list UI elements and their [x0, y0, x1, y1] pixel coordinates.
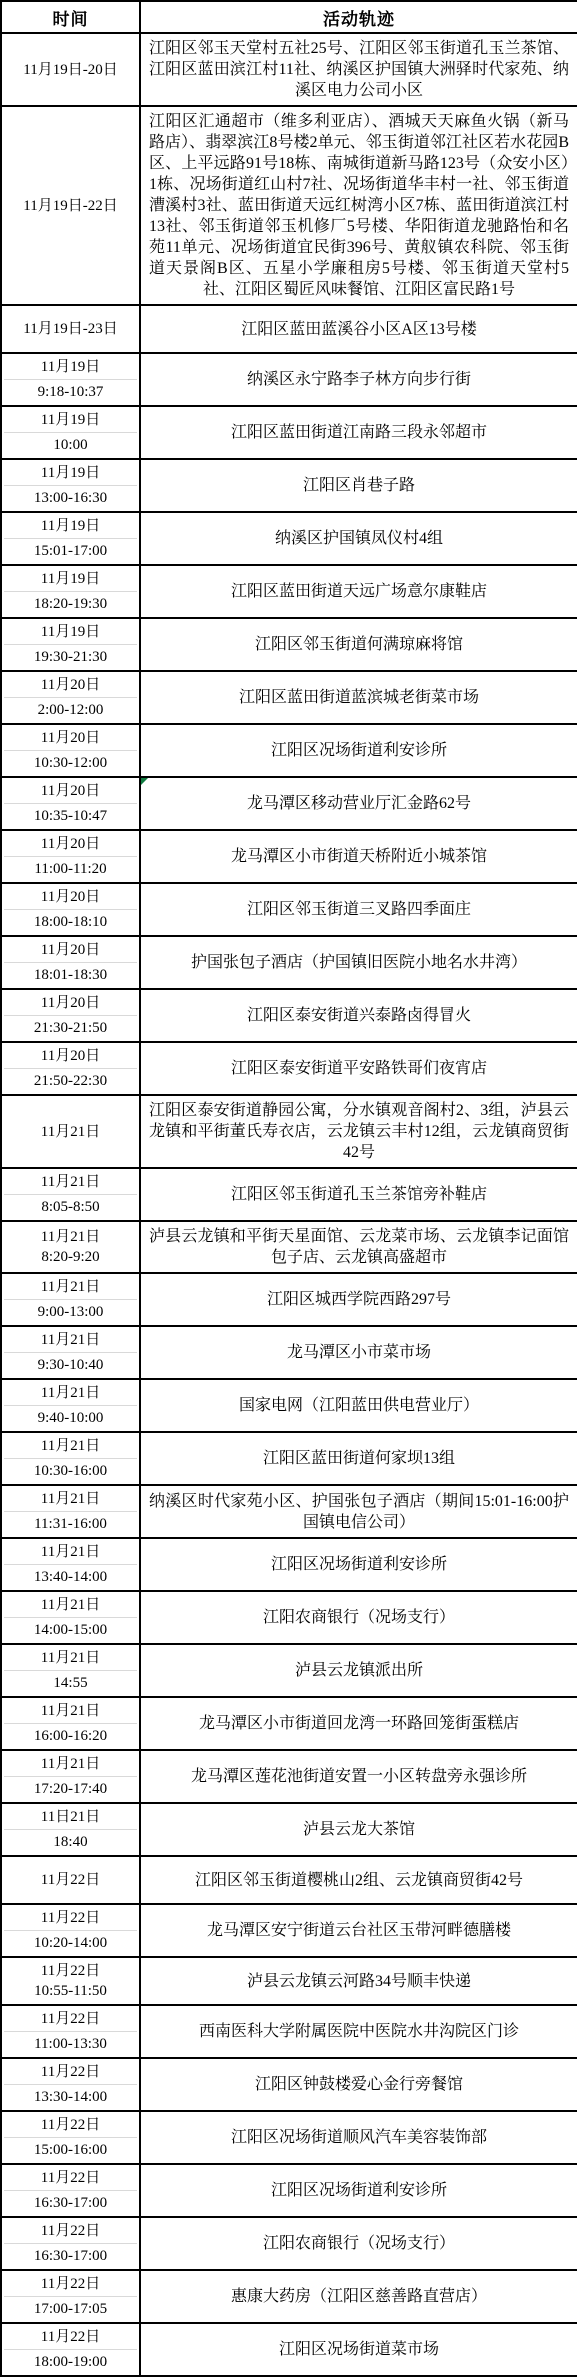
track-cell: 江阳区蓝田街道江南路三段永邻超市: [140, 406, 577, 459]
time-date-divider: [4, 1617, 137, 1618]
time-label: 18:40: [4, 1832, 137, 1852]
date-label: 11月21日: [4, 1489, 137, 1509]
date-label: 11月20日: [4, 728, 137, 748]
time-label: 16:00-16:20: [4, 1726, 137, 1746]
track-cell: 龙马潭区小市菜市场: [140, 1326, 577, 1379]
time-date-divider: [4, 2243, 137, 2244]
time-cell: 11月20日21:50-22:30: [1, 1042, 140, 1095]
time-cell: 11日21日18:40: [1, 1803, 140, 1856]
time-label: 8:20-9:20: [4, 1247, 137, 1267]
track-text: 纳溪区时代家苑小区、护国张包子酒店（期间15:01-16:00护国镇电信公司）: [149, 1491, 569, 1533]
date-label: 11月21日: [4, 1122, 137, 1142]
time-cell: 11月19日15:01-17:00: [1, 512, 140, 565]
date-label: 11月19日: [4, 410, 137, 430]
date-label: 11月21日: [4, 1542, 137, 1562]
time-date-divider: [4, 1015, 137, 1016]
date-label: 11月22日: [4, 2221, 137, 2241]
track-text: 龙马潭区安宁街道云台社区玉带河畔德膳楼: [149, 1920, 569, 1941]
table-row: 11月21日16:00-16:20龙马潭区小市街道回龙湾一环路回笼街蛋糕店: [1, 1697, 577, 1750]
track-text: 江阳区蓝田街道天远广场意尔康鞋店: [149, 581, 569, 602]
time-cell: 11月19日10:00: [1, 406, 140, 459]
table-row: 11日21日18:40泸县云龙大茶馆: [1, 1803, 577, 1856]
time-label: 2:00-12:00: [4, 700, 137, 720]
table-row: 11月22日10:20-14:00龙马潭区安宁街道云台社区玉带河畔德膳楼: [1, 1904, 577, 1957]
time-date-divider: [4, 1723, 137, 1724]
table-row: 11月19日18:20-19:30江阳区蓝田街道天远广场意尔康鞋店: [1, 565, 577, 618]
date-label: 11月22日: [4, 2327, 137, 2347]
time-date-divider: [4, 379, 137, 380]
time-cell: 11月20日10:35-10:47: [1, 777, 140, 830]
date-label: 11月22日: [4, 2009, 137, 2029]
time-cell: 11月21日9:00-13:00: [1, 1273, 140, 1326]
time-cell: 11月22日10:20-14:00: [1, 1904, 140, 1957]
track-cell: 泸县云龙大茶馆: [140, 1803, 577, 1856]
date-label: 11月21日: [4, 1227, 137, 1247]
time-label: 15:01-17:00: [4, 541, 137, 561]
track-cell: 江阳区况场街道利安诊所: [140, 2164, 577, 2217]
track-cell: 江阳区钟鼓楼爱心金行旁餐馆: [140, 2058, 577, 2111]
date-label: 11月22日: [4, 1961, 137, 1981]
time-date-divider: [4, 1352, 137, 1353]
time-label: 10:00: [4, 435, 137, 455]
time-cell: 11月19日19:30-21:30: [1, 618, 140, 671]
table-row: 11月20日10:30-12:00江阳区况场街道利安诊所: [1, 724, 577, 777]
date-label: 11月20日: [4, 675, 137, 695]
time-cell: 11月20日18:00-18:10: [1, 883, 140, 936]
track-cell: 江阳区城西学院西路297号: [140, 1273, 577, 1326]
time-label: 11:31-16:00: [4, 1514, 137, 1534]
date-label: 11月22日: [4, 1908, 137, 1928]
time-cell: 11月21日14:55: [1, 1644, 140, 1697]
date-label: 11月19日: [4, 463, 137, 483]
table-row: 11月21日14:00-15:00江阳农商银行（况场支行）: [1, 1591, 577, 1644]
track-cell: 国家电网（江阳蓝田供电营业厅）: [140, 1379, 577, 1432]
table-row: 11月21日8:20-9:20泸县云龙镇和平街天星面馆、云龙菜市场、云龙镇李记面…: [1, 1221, 577, 1273]
track-cell: 纳溪区护国镇凤仪村4组: [140, 512, 577, 565]
track-cell: 江阳区泰安街道平安路铁哥们夜宵店: [140, 1042, 577, 1095]
track-text: 江阳区况场街道菜市场: [149, 2339, 569, 2360]
time-cell: 11月22日10:55-11:50: [1, 1957, 140, 2005]
track-cell: 泸县云龙镇派出所: [140, 1644, 577, 1697]
track-text: 江阳区泰安街道平安路铁哥们夜宵店: [149, 1058, 569, 1079]
time-label: 18:01-18:30: [4, 965, 137, 985]
track-cell: 江阳区况场街道利安诊所: [140, 1538, 577, 1591]
date-label: 11月22日: [4, 2274, 137, 2294]
time-label: 8:05-8:50: [4, 1197, 137, 1217]
time-cell: 11月20日10:30-12:00: [1, 724, 140, 777]
track-cell: 江阳区况场街道顺风汽车美容装饰部: [140, 2111, 577, 2164]
time-date-divider: [4, 591, 137, 592]
track-cell: 江阳农商银行（况场支行）: [140, 2217, 577, 2270]
time-label: 14:00-15:00: [4, 1620, 137, 1640]
table-row: 11月20日21:30-21:50江阳区泰安街道兴泰路卤得冒火: [1, 989, 577, 1042]
date-label: 11月22日: [4, 2168, 137, 2188]
track-cell: 江阳农商银行（况场支行）: [140, 1591, 577, 1644]
header-row: 时间 活动轨迹: [1, 1, 577, 33]
table-body: 11月19日-20日江阳区邻玉天堂村五社25号、江阳区邻玉街道孔玉兰茶馆、江阳区…: [1, 33, 577, 2376]
time-date-divider: [4, 2349, 137, 2350]
time-cell: 11月21日16:00-16:20: [1, 1697, 140, 1750]
time-cell: 11月20日2:00-12:00: [1, 671, 140, 724]
track-cell: 江阳区汇通超市（维多利亚店）、酒城天天麻鱼火锅（新马路店）、翡翠滨江8号楼2单元…: [140, 106, 577, 305]
table-row: 11月19日-23日江阳区蓝田蓝溪谷小区A区13号楼: [1, 305, 577, 353]
table-row: 11月21日13:40-14:00江阳区况场街道利安诊所: [1, 1538, 577, 1591]
track-text: 江阳区汇通超市（维多利亚店）、酒城天天麻鱼火锅（新马路店）、翡翠滨江8号楼2单元…: [149, 111, 569, 300]
time-cell: 11月21日10:30-16:00: [1, 1432, 140, 1485]
track-text: 西南医科大学附属医院中医院水井沟院区门诊: [149, 2021, 569, 2042]
track-text: 国家电网（江阳蓝田供电营业厅）: [149, 1395, 569, 1416]
date-label: 11月20日: [4, 940, 137, 960]
time-cell: 11月22日15:00-16:00: [1, 2111, 140, 2164]
time-label: 13:00-16:30: [4, 488, 137, 508]
track-text: 纳溪区护国镇凤仪村4组: [149, 528, 569, 549]
time-label: 17:00-17:05: [4, 2299, 137, 2319]
time-date-divider: [4, 432, 137, 433]
date-label: 11月21日: [4, 1701, 137, 1721]
track-text: 龙马潭区小市街道天桥附近小城茶馆: [149, 846, 569, 867]
time-date-divider: [4, 962, 137, 963]
time-label: 16:30-17:00: [4, 2193, 137, 2213]
time-cell: 11月20日21:30-21:50: [1, 989, 140, 1042]
track-cell: 江阳区邻玉街道樱桃山2组、云龙镇商贸街42号: [140, 1856, 577, 1904]
table-row: 11月21日17:20-17:40龙马潭区莲花池街道安置一小区转盘旁永强诊所: [1, 1750, 577, 1803]
table-row: 11月19日-22日江阳区汇通超市（维多利亚店）、酒城天天麻鱼火锅（新马路店）、…: [1, 106, 577, 305]
track-text: 江阳区况场街道利安诊所: [149, 2180, 569, 2201]
time-date-divider: [4, 2031, 137, 2032]
table-row: 11月20日21:50-22:30江阳区泰安街道平安路铁哥们夜宵店: [1, 1042, 577, 1095]
date-label: 11月21日: [4, 1383, 137, 1403]
track-cell: 龙马潭区小市街道回龙湾一环路回笼街蛋糕店: [140, 1697, 577, 1750]
time-cell: 11月19日18:20-19:30: [1, 565, 140, 618]
date-label: 11月21日: [4, 1648, 137, 1668]
date-label: 11月22日: [4, 1870, 137, 1890]
time-date-divider: [4, 856, 137, 857]
time-cell: 11月20日18:01-18:30: [1, 936, 140, 989]
date-label: 11月19日: [4, 516, 137, 536]
time-date-divider: [4, 909, 137, 910]
time-cell: 11月19日13:00-16:30: [1, 459, 140, 512]
track-text: 龙马潭区小市街道回龙湾一环路回笼街蛋糕店: [149, 1713, 569, 1734]
date-label: 11月21日: [4, 1277, 137, 1297]
time-label: 10:55-11:50: [4, 1981, 137, 2001]
table-row: 11月21日8:05-8:50江阳区邻玉街道孔玉兰茶馆旁补鞋店: [1, 1168, 577, 1221]
time-cell: 11月22日18:00-19:00: [1, 2323, 140, 2376]
time-column-header: 时间: [1, 1, 140, 33]
track-text: 江阳区邻玉天堂村五社25号、江阳区邻玉街道孔玉兰茶馆、江阳区蓝田滨江村11社、纳…: [149, 38, 569, 101]
track-text: 江阳区城西学院西路297号: [149, 1289, 569, 1310]
time-cell: 11月22日17:00-17:05: [1, 2270, 140, 2323]
table-row: 11月21日9:30-10:40龙马潭区小市菜市场: [1, 1326, 577, 1379]
track-cell: 江阳区邻玉天堂村五社25号、江阳区邻玉街道孔玉兰茶馆、江阳区蓝田滨江村11社、纳…: [140, 33, 577, 106]
track-cell: 龙马潭区小市街道天桥附近小城茶馆: [140, 830, 577, 883]
table-row: 11月22日11:00-13:30西南医科大学附属医院中医院水井沟院区门诊: [1, 2005, 577, 2058]
cell-comment-marker-icon: [141, 778, 148, 785]
time-label: 18:20-19:30: [4, 594, 137, 614]
time-cell: 11月21日8:20-9:20: [1, 1221, 140, 1273]
track-cell: 西南医科大学附属医院中医院水井沟院区门诊: [140, 2005, 577, 2058]
track-cell: 江阳区泰安街道静园公寓，分水镇观音阁村2、3组，泸县云龙镇和平街董氏寿衣店，云龙…: [140, 1095, 577, 1168]
time-date-divider: [4, 1670, 137, 1671]
time-label: 18:00-18:10: [4, 912, 137, 932]
table-row: 11月19日10:00江阳区蓝田街道江南路三段永邻超市: [1, 406, 577, 459]
table-row: 11月20日11:00-11:20龙马潭区小市街道天桥附近小城茶馆: [1, 830, 577, 883]
table-row: 11月20日18:00-18:10江阳区邻玉街道三叉路四季面庄: [1, 883, 577, 936]
time-label: 21:30-21:50: [4, 1018, 137, 1038]
table-row: 11月22日江阳区邻玉街道樱桃山2组、云龙镇商贸街42号: [1, 1856, 577, 1904]
table-row: 11月22日16:30-17:00江阳农商银行（况场支行）: [1, 2217, 577, 2270]
track-column-header: 活动轨迹: [140, 1, 577, 33]
table-row: 11月21日11:31-16:00纳溪区时代家苑小区、护国张包子酒店（期间15:…: [1, 1485, 577, 1538]
date-label: 11月21日: [4, 1754, 137, 1774]
time-label: 10:35-10:47: [4, 806, 137, 826]
time-date-divider: [4, 2084, 137, 2085]
track-text: 江阳区况场街道利安诊所: [149, 740, 569, 761]
track-cell: 龙马潭区安宁街道云台社区玉带河畔德膳楼: [140, 1904, 577, 1957]
date-label: 11月19日: [4, 622, 137, 642]
time-date-divider: [4, 1068, 137, 1069]
time-label: 10:30-16:00: [4, 1461, 137, 1481]
date-label: 11月22日: [4, 2062, 137, 2082]
time-date-divider: [4, 2190, 137, 2191]
table-row: 11月21日9:40-10:00国家电网（江阳蓝田供电营业厅）: [1, 1379, 577, 1432]
track-text: 泸县云龙镇派出所: [149, 1660, 569, 1681]
time-date-divider: [4, 1930, 137, 1931]
table-row: 11月19日19:30-21:30江阳区邻玉街道何满琼麻将馆: [1, 618, 577, 671]
time-cell: 11月21日13:40-14:00: [1, 1538, 140, 1591]
date-label: 11月20日: [4, 781, 137, 801]
track-cell: 江阳区肖巷子路: [140, 459, 577, 512]
time-label: 9:18-10:37: [4, 382, 137, 402]
time-label: 19:30-21:30: [4, 647, 137, 667]
track-text: 江阳区钟鼓楼爱心金行旁餐馆: [149, 2074, 569, 2095]
track-text: 江阳区况场街道顺风汽车美容装饰部: [149, 2127, 569, 2148]
date-label: 11月21日: [4, 1172, 137, 1192]
table-row: 11月22日10:55-11:50泸县云龙镇云河路34号顺丰快递: [1, 1957, 577, 2005]
time-date-divider: [4, 1194, 137, 1195]
table-row: 11月20日2:00-12:00江阳区蓝田街道蓝滨城老街菜市场: [1, 671, 577, 724]
track-text: 江阳区泰安街道静园公寓，分水镇观音阁村2、3组，泸县云龙镇和平街董氏寿衣店，云龙…: [149, 1100, 569, 1163]
date-label: 11月21日: [4, 1330, 137, 1350]
track-cell: 护国张包子酒店（护国镇旧医院小地名水井湾）: [140, 936, 577, 989]
table-row: 11月21日9:00-13:00江阳区城西学院西路297号: [1, 1273, 577, 1326]
time-cell: 11月21日: [1, 1095, 140, 1168]
table-row: 11月21日14:55泸县云龙镇派出所: [1, 1644, 577, 1697]
time-cell: 11月21日14:00-15:00: [1, 1591, 140, 1644]
track-cell: 龙马潭区移动营业厅汇金路62号: [140, 777, 577, 830]
track-text: 江阳区蓝田街道江南路三段永邻超市: [149, 422, 569, 443]
track-text: 龙马潭区小市菜市场: [149, 1342, 569, 1363]
track-text: 护国张包子酒店（护国镇旧医院小地名水井湾）: [149, 952, 569, 973]
date-label: 11月19日-20日: [4, 60, 137, 80]
track-text: 纳溪区永宁路李子林方向步行街: [149, 369, 569, 390]
track-cell: 龙马潭区莲花池街道安置一小区转盘旁永强诊所: [140, 1750, 577, 1803]
track-text: 江阳区邻玉街道三叉路四季面庄: [149, 899, 569, 920]
time-cell: 11月19日-22日: [1, 106, 140, 305]
time-label: 9:40-10:00: [4, 1408, 137, 1428]
time-date-divider: [4, 1776, 137, 1777]
date-label: 11月19日: [4, 357, 137, 377]
table-row: 11月20日10:35-10:47龙马潭区移动营业厅汇金路62号: [1, 777, 577, 830]
table-row: 11月22日13:30-14:00江阳区钟鼓楼爱心金行旁餐馆: [1, 2058, 577, 2111]
time-label: 13:30-14:00: [4, 2087, 137, 2107]
time-cell: 11月19日-20日: [1, 33, 140, 106]
time-label: 18:00-19:00: [4, 2352, 137, 2372]
track-cell: 纳溪区时代家苑小区、护国张包子酒店（期间15:01-16:00护国镇电信公司）: [140, 1485, 577, 1538]
time-date-divider: [4, 697, 137, 698]
time-cell: 11月22日13:30-14:00: [1, 2058, 140, 2111]
time-label: 17:20-17:40: [4, 1779, 137, 1799]
table-row: 11月21日10:30-16:00江阳区蓝田街道何家坝13组: [1, 1432, 577, 1485]
track-cell: 江阳区蓝田街道何家坝13组: [140, 1432, 577, 1485]
time-cell: 11月22日11:00-13:30: [1, 2005, 140, 2058]
track-cell: 江阳区邻玉街道孔玉兰茶馆旁补鞋店: [140, 1168, 577, 1221]
date-label: 11月20日: [4, 993, 137, 1013]
time-label: 10:30-12:00: [4, 753, 137, 773]
time-date-divider: [4, 1458, 137, 1459]
date-label: 11月20日: [4, 887, 137, 907]
track-text: 龙马潭区移动营业厅汇金路62号: [149, 793, 569, 814]
track-cell: 江阳区泰安街道兴泰路卤得冒火: [140, 989, 577, 1042]
track-text: 江阳农商银行（况场支行）: [149, 1607, 569, 1628]
table-row: 11月19日15:01-17:00纳溪区护国镇凤仪村4组: [1, 512, 577, 565]
track-text: 江阳区肖巷子路: [149, 475, 569, 496]
table-row: 11月22日18:00-19:00江阳区况场街道菜市场: [1, 2323, 577, 2376]
time-date-divider: [4, 803, 137, 804]
track-text: 泸县云龙大茶馆: [149, 1819, 569, 1840]
time-label: 13:40-14:00: [4, 1567, 137, 1587]
date-label: 11日21日: [4, 1807, 137, 1827]
time-cell: 11月21日9:40-10:00: [1, 1379, 140, 1432]
table-row: 11月22日15:00-16:00江阳区况场街道顺风汽车美容装饰部: [1, 2111, 577, 2164]
track-text: 江阳区邻玉街道孔玉兰茶馆旁补鞋店: [149, 1184, 569, 1205]
time-date-divider: [4, 2296, 137, 2297]
time-date-divider: [4, 1511, 137, 1512]
date-label: 11月20日: [4, 1046, 137, 1066]
track-cell: 江阳区蓝田街道天远广场意尔康鞋店: [140, 565, 577, 618]
date-label: 11月20日: [4, 834, 137, 854]
time-label: 16:30-17:00: [4, 2246, 137, 2266]
track-cell: 江阳区况场街道利安诊所: [140, 724, 577, 777]
track-text: 江阳区邻玉街道何满琼麻将馆: [149, 634, 569, 655]
track-text: 江阳区蓝田街道蓝滨城老街菜市场: [149, 687, 569, 708]
table-row: 11月20日18:01-18:30护国张包子酒店（护国镇旧医院小地名水井湾）: [1, 936, 577, 989]
time-label: 11:00-13:30: [4, 2034, 137, 2054]
time-date-divider: [4, 750, 137, 751]
date-label: 11月22日: [4, 2115, 137, 2135]
table-row: 11月19日-20日江阳区邻玉天堂村五社25号、江阳区邻玉街道孔玉兰茶馆、江阳区…: [1, 33, 577, 106]
time-cell: 11月22日: [1, 1856, 140, 1904]
time-date-divider: [4, 644, 137, 645]
track-text: 江阳区邻玉街道樱桃山2组、云龙镇商贸街42号: [149, 1870, 569, 1891]
date-label: 11月21日: [4, 1595, 137, 1615]
track-text: 惠康大药房（江阳区慈善路直营店）: [149, 2286, 569, 2307]
time-label: 9:30-10:40: [4, 1355, 137, 1375]
table-row: 11月19日13:00-16:30江阳区肖巷子路: [1, 459, 577, 512]
time-cell: 11月22日16:30-17:00: [1, 2164, 140, 2217]
time-date-divider: [4, 2137, 137, 2138]
time-cell: 11月21日9:30-10:40: [1, 1326, 140, 1379]
date-label: 11月19日-22日: [4, 196, 137, 216]
track-cell: 江阳区况场街道菜市场: [140, 2323, 577, 2376]
time-date-divider: [4, 1299, 137, 1300]
track-cell: 纳溪区永宁路李子林方向步行街: [140, 353, 577, 406]
track-text: 泸县云龙镇和平街天星面馆、云龙菜市场、云龙镇李记面馆包子店、云龙镇高盛超市: [149, 1226, 569, 1268]
table-row: 11月21日江阳区泰安街道静园公寓，分水镇观音阁村2、3组，泸县云龙镇和平街董氏…: [1, 1095, 577, 1168]
track-cell: 惠康大药房（江阳区慈善路直营店）: [140, 2270, 577, 2323]
time-label: 21:50-22:30: [4, 1071, 137, 1091]
time-date-divider: [4, 1564, 137, 1565]
track-cell: 泸县云龙镇云河路34号顺丰快递: [140, 1957, 577, 2005]
track-text: 江阳区泰安街道兴泰路卤得冒火: [149, 1005, 569, 1026]
track-text: 江阳区况场街道利安诊所: [149, 1554, 569, 1575]
time-label: 15:00-16:00: [4, 2140, 137, 2160]
time-label: 14:55: [4, 1673, 137, 1693]
track-text: 江阳农商银行（况场支行）: [149, 2233, 569, 2254]
track-text: 江阳区蓝田蓝溪谷小区A区13号楼: [149, 319, 569, 340]
track-cell: 江阳区蓝田街道蓝滨城老街菜市场: [140, 671, 577, 724]
track-text: 泸县云龙镇云河路34号顺丰快递: [149, 1971, 569, 1992]
date-label: 11月19日: [4, 569, 137, 589]
time-cell: 11月20日11:00-11:20: [1, 830, 140, 883]
time-cell: 11月19日9:18-10:37: [1, 353, 140, 406]
time-cell: 11月21日17:20-17:40: [1, 1750, 140, 1803]
time-cell: 11月22日16:30-17:00: [1, 2217, 140, 2270]
time-label: 11:00-11:20: [4, 859, 137, 879]
track-cell: 江阳区蓝田蓝溪谷小区A区13号楼: [140, 305, 577, 353]
track-cell: 江阳区邻玉街道三叉路四季面庄: [140, 883, 577, 936]
time-cell: 11月21日11:31-16:00: [1, 1485, 140, 1538]
track-text: 龙马潭区莲花池街道安置一小区转盘旁永强诊所: [149, 1766, 569, 1787]
table-row: 11月22日17:00-17:05惠康大药房（江阳区慈善路直营店）: [1, 2270, 577, 2323]
table-row: 11月22日16:30-17:00江阳区况场街道利安诊所: [1, 2164, 577, 2217]
track-text: 江阳区蓝田街道何家坝13组: [149, 1448, 569, 1469]
track-cell: 泸县云龙镇和平街天星面馆、云龙菜市场、云龙镇李记面馆包子店、云龙镇高盛超市: [140, 1221, 577, 1273]
time-label: 10:20-14:00: [4, 1933, 137, 1953]
time-date-divider: [4, 1829, 137, 1830]
time-label: 9:00-13:00: [4, 1302, 137, 1322]
date-label: 11月21日: [4, 1436, 137, 1456]
date-label: 11月19日-23日: [4, 319, 137, 339]
table-row: 11月19日9:18-10:37纳溪区永宁路李子林方向步行街: [1, 353, 577, 406]
time-date-divider: [4, 1405, 137, 1406]
time-cell: 11月19日-23日: [1, 305, 140, 353]
time-cell: 11月21日8:05-8:50: [1, 1168, 140, 1221]
time-date-divider: [4, 485, 137, 486]
activity-trajectory-table: 时间 活动轨迹 11月19日-20日江阳区邻玉天堂村五社25号、江阳区邻玉街道孔…: [0, 0, 577, 2377]
track-cell: 江阳区邻玉街道何满琼麻将馆: [140, 618, 577, 671]
time-date-divider: [4, 538, 137, 539]
